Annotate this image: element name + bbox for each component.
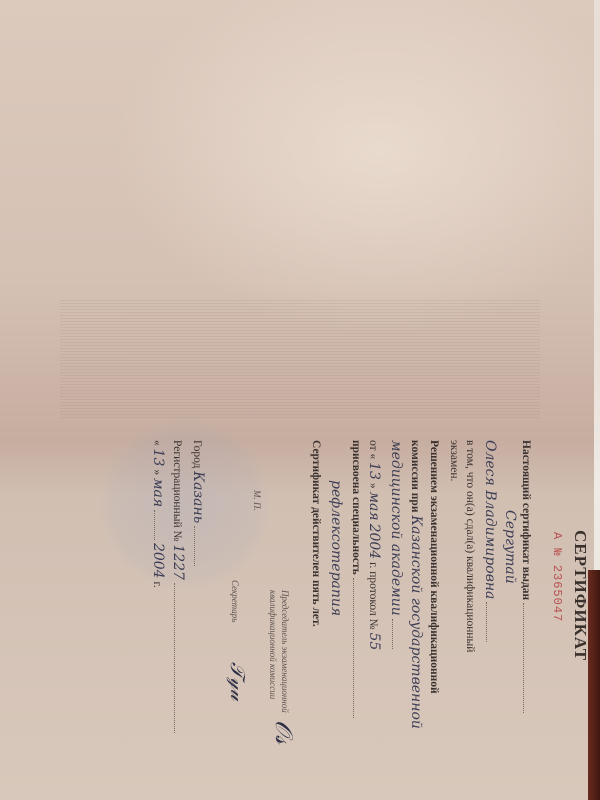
name-field: Олеся Владимировна bbox=[482, 440, 498, 642]
validity-text: Сертификат действителен пять лет. bbox=[310, 440, 322, 627]
certificate-title: СЕРТИФИКАТ bbox=[570, 530, 590, 661]
exam-word: экзамен. bbox=[448, 440, 460, 481]
specialty-label: присвоена специальность bbox=[350, 440, 362, 718]
serial-number: А № 2365047 bbox=[550, 532, 564, 622]
chairman-label-2: квалификационной комиссии bbox=[268, 590, 278, 699]
city-line: Город Казань bbox=[190, 440, 206, 566]
surname-field: Сергутай bbox=[502, 510, 518, 584]
chairman-label-1: Председатель экзаменационной bbox=[280, 590, 290, 713]
secretary-signature-icon: 𝒯𝓎𝓊 bbox=[226, 662, 250, 700]
issued-to-line: Настоящий сертификат выдан bbox=[520, 440, 532, 713]
specialty-value: рефлексотерапия bbox=[328, 480, 344, 616]
date-protocol-line: от « 13 » мая 2004 г. протокол № 55 bbox=[366, 440, 382, 650]
institution-line-2: медицинской академии bbox=[388, 440, 404, 649]
seal-label: М. П. bbox=[252, 490, 262, 511]
certificate-text-block: СЕРТИФИКАТ А № 2365047 Настоящий сертифи… bbox=[20, 440, 580, 800]
registration-line: Регистрационный № 1227 bbox=[170, 440, 186, 733]
commission-line: комиссии при Казанской государственной bbox=[408, 440, 424, 729]
passed-text: в том, что он(а) сдал(а) квалификационны… bbox=[464, 440, 476, 652]
decision-text: Решением экзаменационной квалификационно… bbox=[428, 440, 440, 694]
issue-date-line: « 13 » мая 2004 г. bbox=[150, 440, 166, 588]
secretary-label: Секретарь bbox=[230, 580, 240, 622]
page-edges bbox=[60, 300, 540, 420]
chairman-signature-icon: 𝒪𝓈 bbox=[270, 720, 298, 744]
